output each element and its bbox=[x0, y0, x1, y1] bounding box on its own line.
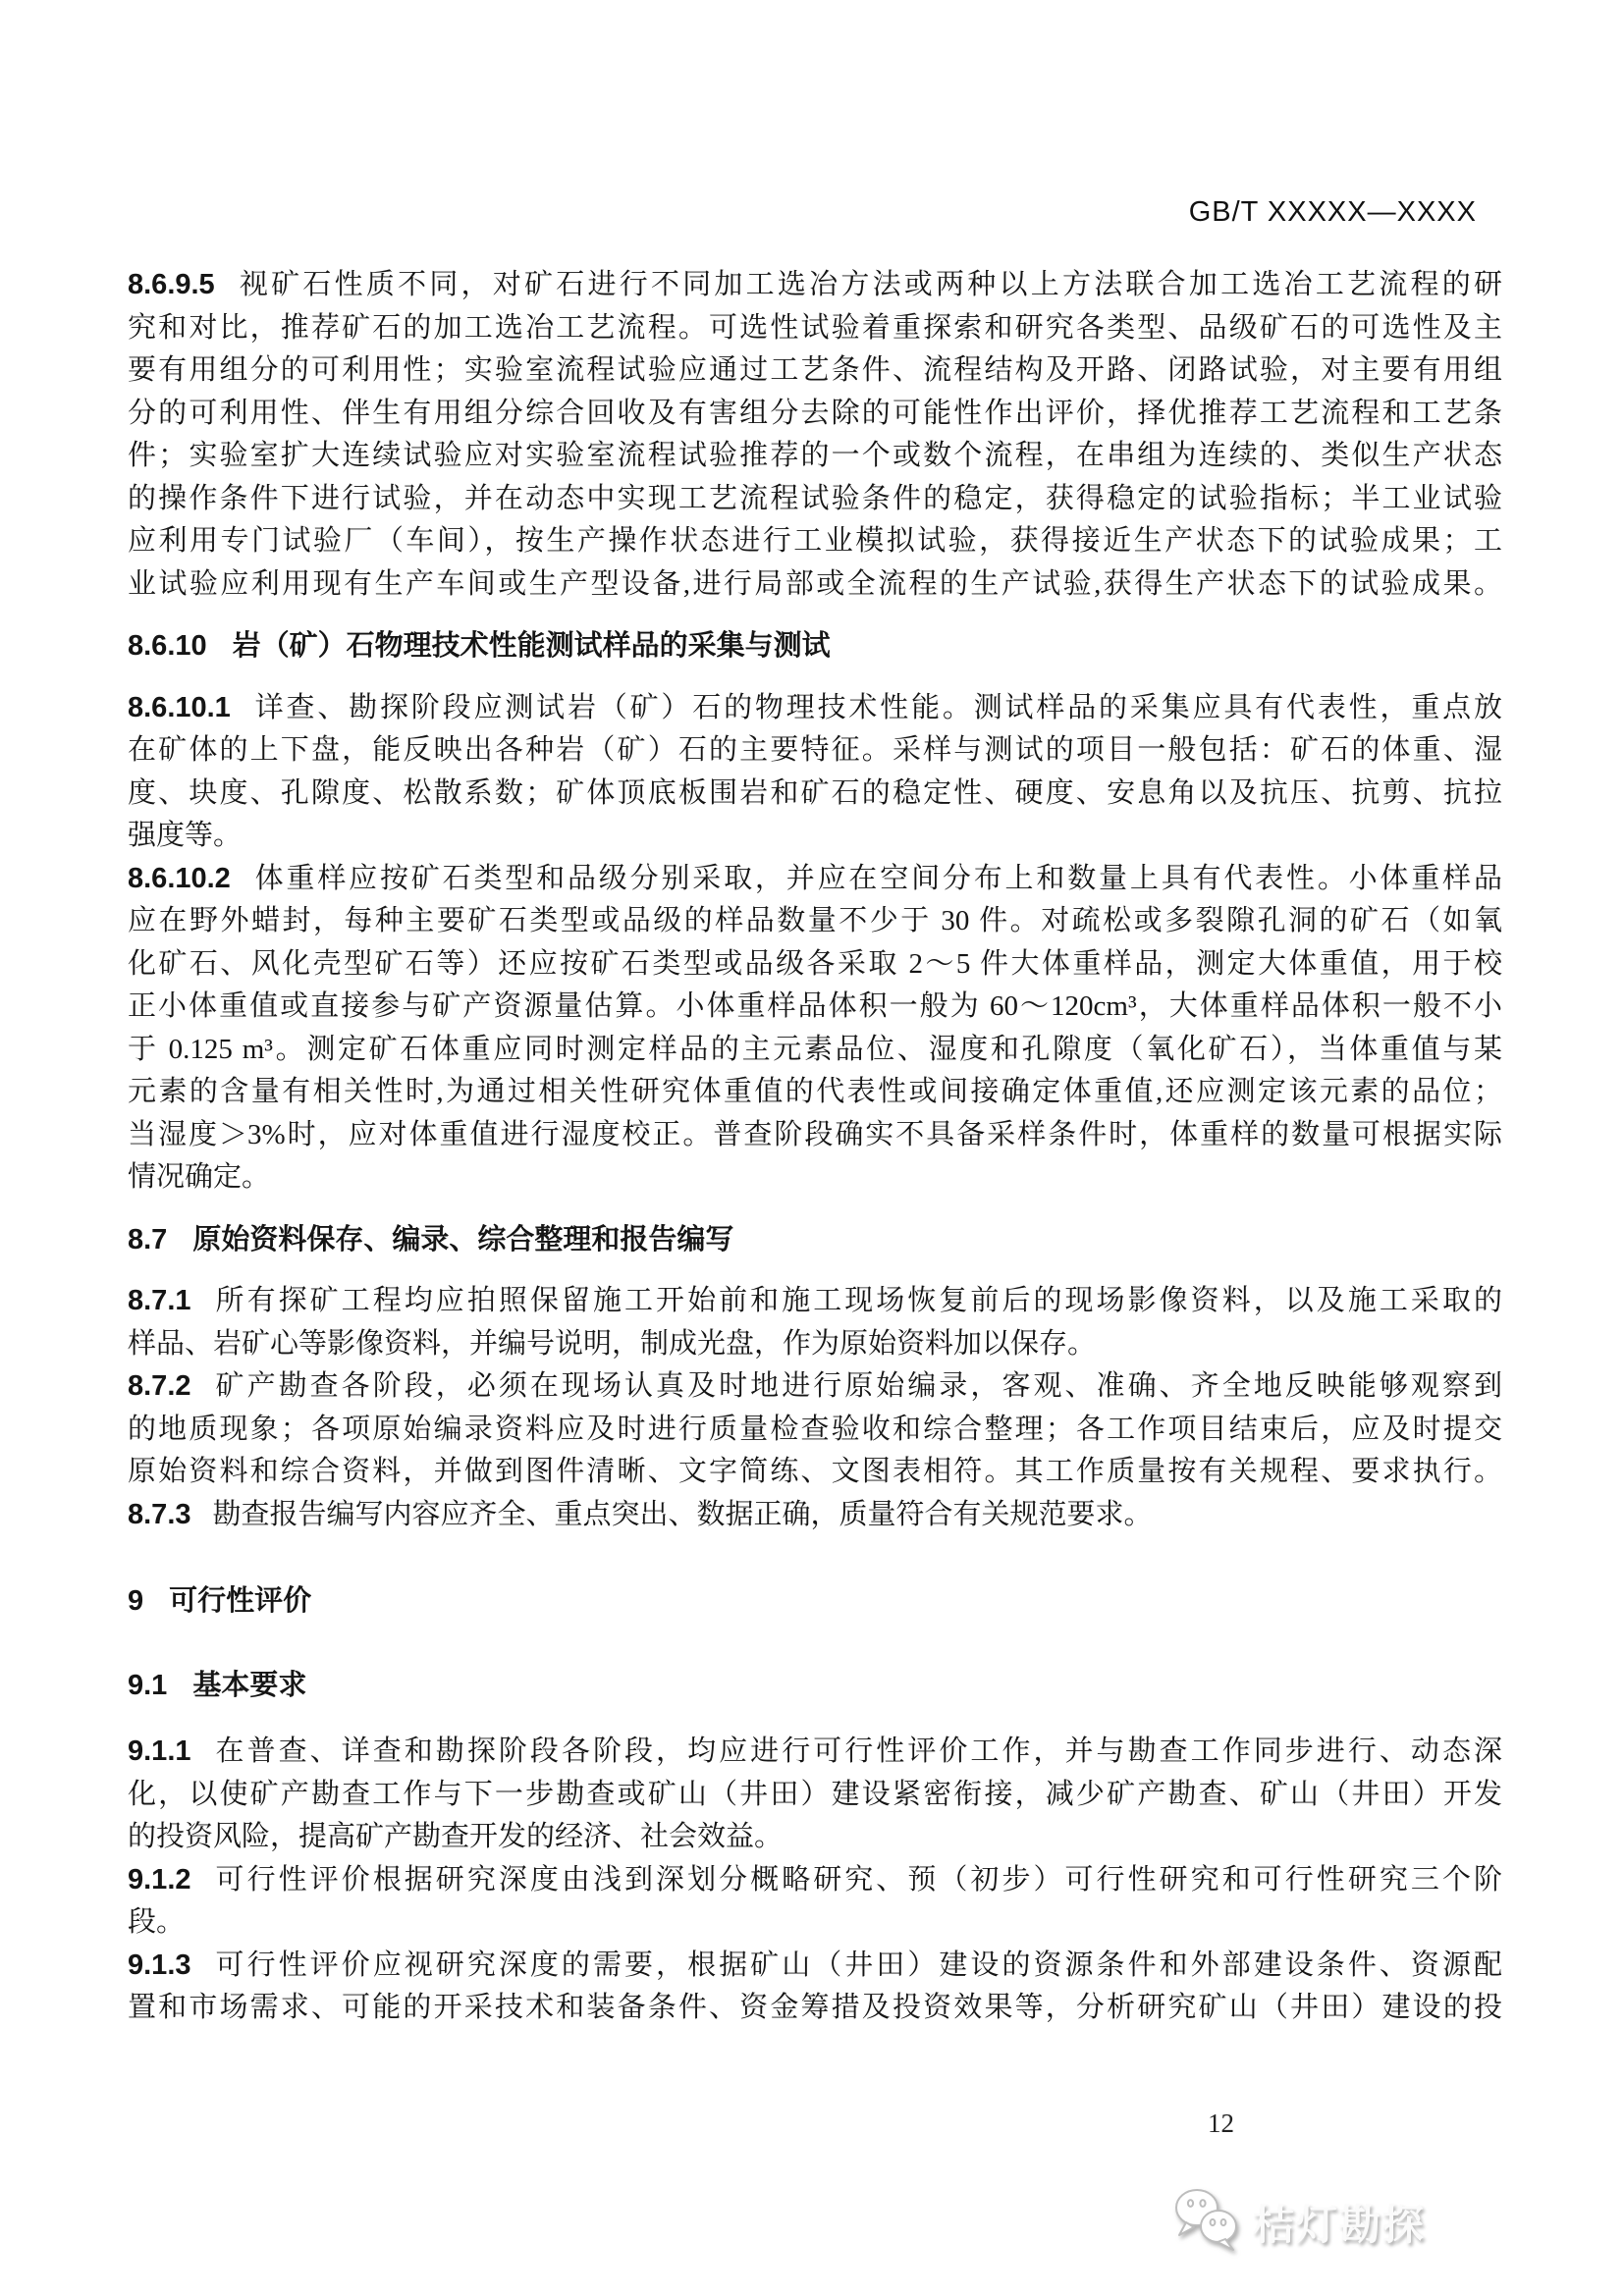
text-line: 应利用专门试验厂（车间），按生产操作状态进行工业模拟试验，获得接近生产状态下的试… bbox=[128, 520, 1502, 563]
text-line: 段。 bbox=[128, 1901, 1502, 1945]
text-line: 8.7.1所有探矿工程均应拍照保留施工开始前和施工现场恢复前后的现场影像资料，以… bbox=[128, 1280, 1502, 1323]
document-body: 8.6.9.5视矿石性质不同，对矿石进行不同加工选冶方法或两种以上方法联合加工选… bbox=[128, 264, 1502, 2030]
clause-text: 在普查、详查和勘探阶段各阶段，均应进行可行性评价工作，并与勘查工作同步进行、动态… bbox=[213, 1735, 1503, 1767]
clause-number: 8.6.10.1 bbox=[128, 692, 231, 723]
clause-text: 体重样应按矿石类型和品级分别采取，并应在空间分布上和数量上具有代表性。小体重样品 bbox=[252, 863, 1502, 894]
heading-number: 9.1 bbox=[128, 1670, 167, 1701]
clause-8-7-3: 8.7.3勘查报告编写内容应齐全、重点突出、数据正确，质量符合有关规范要求。 bbox=[128, 1494, 1502, 1537]
text-line: 化，以使矿产勘查工作与下一步勘查或矿山（井田）建设紧密衔接，减少矿产勘查、矿山（… bbox=[128, 1774, 1502, 1817]
clause-8-6-10-2: 8.6.10.2体重样应按矿石类型和品级分别采取，并应在空间分布上和数量上具有代… bbox=[128, 858, 1502, 1200]
text-line: 9.1.3可行性评价应视研究深度的需要，根据矿山（井田）建设的资源条件和外部建设… bbox=[128, 1945, 1502, 1988]
clause-8-7-1: 8.7.1所有探矿工程均应拍照保留施工开始前和施工现场恢复前后的现场影像资料，以… bbox=[128, 1280, 1502, 1365]
text-line: 的投资风险，提高矿产勘查开发的经济、社会效益。 bbox=[128, 1816, 1502, 1859]
text-line: 件；实验室扩大连续试验应对实验室流程试验推荐的一个或数个流程，在串组为连续的、类… bbox=[128, 435, 1502, 478]
clause-text: 所有探矿工程均应拍照保留施工开始前和施工现场恢复前后的现场影像资料，以及施工采取… bbox=[213, 1285, 1503, 1316]
heading-title: 可行性评价 bbox=[169, 1585, 311, 1617]
clause-8-6-9-5: 8.6.9.5视矿石性质不同，对矿石进行不同加工选冶方法或两种以上方法联合加工选… bbox=[128, 264, 1502, 606]
text-line: 分的可利用性、伴生有用组分综合回收及有害组分去除的可能性作出评价，择优推荐工艺流… bbox=[128, 393, 1502, 436]
text-line: 9.1.1在普查、详查和勘探阶段各阶段，均应进行可行性评价工作，并与勘查工作同步… bbox=[128, 1731, 1502, 1774]
heading-8-6-10: 8.6.10岩（矿）石物理技术性能测试样品的采集与测试 bbox=[128, 625, 1502, 668]
clause-9-1-3: 9.1.3可行性评价应视研究深度的需要，根据矿山（井田）建设的资源条件和外部建设… bbox=[128, 1945, 1502, 2030]
text-line: 8.6.10.2体重样应按矿石类型和品级分别采取，并应在空间分布上和数量上具有代… bbox=[128, 858, 1502, 901]
text-line: 9.1.2可行性评价根据研究深度由浅到深划分概略研究、预（初步）可行性研究和可行… bbox=[128, 1859, 1502, 1902]
heading-title: 基本要求 bbox=[192, 1670, 306, 1701]
heading-title: 原始资料保存、编录、综合整理和报告编写 bbox=[192, 1224, 733, 1255]
clause-number: 8.7.3 bbox=[128, 1499, 191, 1530]
clause-text: 可行性评价应视研究深度的需要，根据矿山（井田）建设的资源条件和外部建设条件、资源… bbox=[213, 1949, 1503, 1981]
clause-text: 详查、勘探阶段应测试岩（矿）石的物理技术性能。测试样品的采集应具有代表性，重点放 bbox=[252, 692, 1502, 723]
text-line: 究和对比，推荐矿石的加工选冶工艺流程。可选性试验着重探索和研究各类型、品级矿石的… bbox=[128, 307, 1502, 350]
clause-number: 9.1.3 bbox=[128, 1949, 191, 1981]
page-number: 12 bbox=[1208, 2109, 1234, 2139]
clause-number: 8.6.9.5 bbox=[128, 269, 215, 300]
watermark-label: 桔灯勘探 bbox=[1253, 2193, 1426, 2252]
wechat-icon bbox=[1170, 2185, 1245, 2259]
heading-number: 8.7 bbox=[128, 1224, 167, 1255]
clause-text: 视矿石性质不同，对矿石进行不同加工选冶方法或两种以上方法联合加工选冶工艺流程的研 bbox=[237, 269, 1502, 300]
text-line: 8.6.9.5视矿石性质不同，对矿石进行不同加工选冶方法或两种以上方法联合加工选… bbox=[128, 264, 1502, 307]
text-line: 要有用组分的可利用性；实验室流程试验应通过工艺条件、流程结构及开路、闭路试验，对… bbox=[128, 349, 1502, 393]
heading-8-7: 8.7原始资料保存、编录、综合整理和报告编写 bbox=[128, 1219, 1502, 1262]
document-page: GB/T XXXXX—XXXX 8.6.9.5视矿石性质不同，对矿石进行不同加工… bbox=[0, 0, 1624, 2296]
clause-number: 8.6.10.2 bbox=[128, 863, 231, 894]
heading-9: 9可行性评价 bbox=[128, 1580, 1502, 1624]
heading-number: 8.6.10 bbox=[128, 630, 207, 662]
clause-8-7-2: 8.7.2矿产勘查各阶段，必须在现场认真及时地进行原始编录，客观、准确、齐全地反… bbox=[128, 1365, 1502, 1494]
text-line: 置和市场需求、可能的开采技术和装备条件、资金筹措及投资效果等，分析研究矿山（井田… bbox=[128, 1987, 1502, 2030]
text-line: 正小体重值或直接参与矿产资源量估算。小体重样品体积一般为 60～120cm³，大… bbox=[128, 986, 1502, 1029]
clause-text: 可行性评价根据研究深度由浅到深划分概略研究、预（初步）可行性研究和可行性研究三个… bbox=[213, 1864, 1503, 1896]
clause-number: 9.1.1 bbox=[128, 1735, 191, 1767]
clause-8-6-10-1: 8.6.10.1详查、勘探阶段应测试岩（矿）石的物理技术性能。测试样品的采集应具… bbox=[128, 687, 1502, 858]
text-line: 8.7.2矿产勘查各阶段，必须在现场认真及时地进行原始编录，客观、准确、齐全地反… bbox=[128, 1365, 1502, 1409]
text-line: 原始资料和综合资料，并做到图件清晰、文字简练、文图表相符。其工作质量按有关规程、… bbox=[128, 1451, 1502, 1494]
standard-code-header: GB/T XXXXX—XXXX bbox=[1189, 196, 1477, 229]
text-line: 的操作条件下进行试验，并在动态中实现工艺流程试验条件的稳定，获得稳定的试验指标；… bbox=[128, 478, 1502, 521]
clause-text: 矿产勘查各阶段，必须在现场认真及时地进行原始编录，客观、准确、齐全地反映能够观察… bbox=[213, 1370, 1503, 1402]
heading-number: 9 bbox=[128, 1585, 143, 1617]
clause-9-1-2: 9.1.2可行性评价根据研究深度由浅到深划分概略研究、预（初步）可行性研究和可行… bbox=[128, 1859, 1502, 1945]
text-line: 化矿石、风化壳型矿石等）还应按矿石类型或品级各采取 2～5 件大体重样品，测定大… bbox=[128, 943, 1502, 987]
clause-number: 8.7.1 bbox=[128, 1285, 191, 1316]
heading-9-1: 9.1基本要求 bbox=[128, 1665, 1502, 1708]
clause-number: 9.1.2 bbox=[128, 1864, 191, 1896]
clause-number: 8.7.2 bbox=[128, 1370, 191, 1402]
text-line: 8.6.10.1详查、勘探阶段应测试岩（矿）石的物理技术性能。测试样品的采集应具… bbox=[128, 687, 1502, 730]
text-line: 8.7.3勘查报告编写内容应齐全、重点突出、数据正确，质量符合有关规范要求。 bbox=[128, 1494, 1502, 1537]
text-line: 样品、岩矿心等影像资料，并编号说明，制成光盘，作为原始资料加以保存。 bbox=[128, 1323, 1502, 1366]
clause-9-1-1: 9.1.1在普查、详查和勘探阶段各阶段，均应进行可行性评价工作，并与勘查工作同步… bbox=[128, 1731, 1502, 1859]
text-line: 应在野外蜡封，每种主要矿石类型或品级的样品数量不少于 30 件。对疏松或多裂隙孔… bbox=[128, 900, 1502, 943]
text-line: 的地质现象；各项原始编录资料应及时进行质量检查验收和综合整理；各工作项目结束后，… bbox=[128, 1409, 1502, 1452]
watermark: 桔灯勘探 bbox=[1170, 2185, 1426, 2259]
heading-title: 岩（矿）石物理技术性能测试样品的采集与测试 bbox=[233, 630, 831, 662]
text-line: 当湿度＞3%时，应对体重值进行湿度校正。普查阶段确实不具备采样条件时，体重样的数… bbox=[128, 1114, 1502, 1157]
text-line: 元素的含量有相关性时,为通过相关性研究体重值的代表性或间接确定体重值,还应测定该… bbox=[128, 1071, 1502, 1114]
text-line: 于 0.125 m³。测定矿石体重应同时测定样品的主元素品位、湿度和孔隙度（氧化… bbox=[128, 1029, 1502, 1072]
text-line: 强度等。 bbox=[128, 815, 1502, 858]
text-line: 度、块度、孔隙度、松散系数；矿体顶底板围岩和矿石的稳定性、硬度、安息角以及抗压、… bbox=[128, 773, 1502, 816]
text-line: 业试验应利用现有生产车间或生产型设备,进行局部或全流程的生产试验,获得生产状态下… bbox=[128, 563, 1502, 607]
clause-text: 勘查报告编写内容应齐全、重点突出、数据正确，质量符合有关规范要求。 bbox=[213, 1499, 1153, 1530]
text-line: 在矿体的上下盘，能反映出各种岩（矿）石的主要特征。采样与测试的项目一般包括：矿石… bbox=[128, 729, 1502, 773]
text-line: 情况确定。 bbox=[128, 1156, 1502, 1200]
